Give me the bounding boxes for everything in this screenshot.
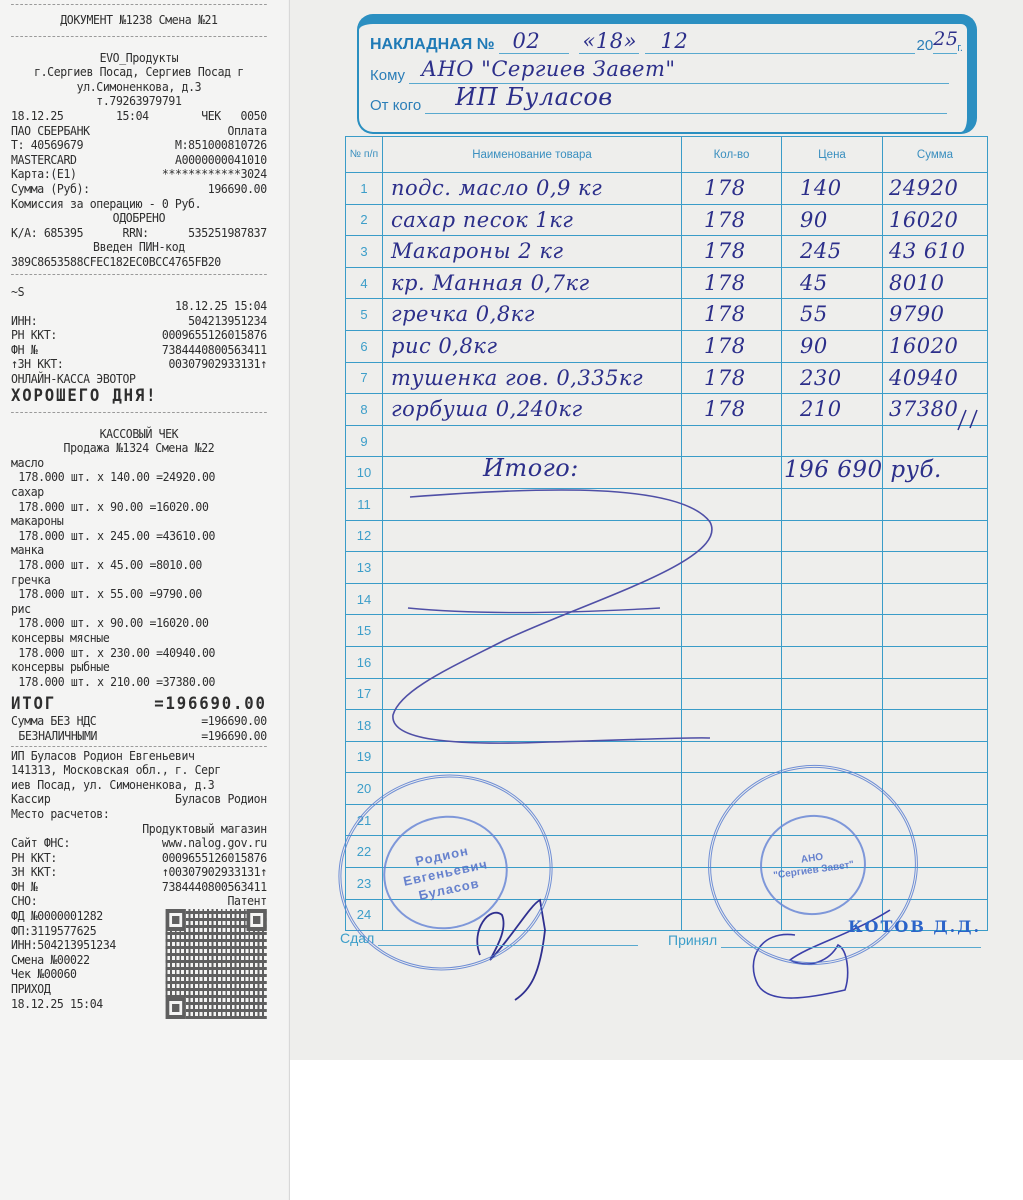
- footer-row: СНО:Патент: [11, 894, 267, 909]
- item-name: рис: [11, 602, 267, 617]
- fiscal-details: ФД №0000001282 ФП:3119577625 ИНН:5042139…: [11, 909, 116, 1011]
- fiscal-row: ↑ЗН ККТ:00307902933131↑: [11, 357, 267, 372]
- value: 7384440800563411: [162, 880, 267, 895]
- qr-finder: [166, 997, 186, 1019]
- label: Сайт ФНС:: [11, 836, 70, 851]
- qr-finder: [166, 909, 186, 931]
- store-phone: т.79263979791: [11, 94, 267, 109]
- label: ↑ЗН ККТ:: [11, 357, 63, 372]
- separator: [11, 274, 267, 275]
- item-name: макароны: [11, 514, 267, 529]
- label: ИНН:: [11, 314, 37, 329]
- separator: [11, 4, 267, 5]
- sale-line: Продажа №1324 Смена №22: [11, 441, 267, 456]
- value: 0009655126015876: [162, 328, 267, 343]
- store-address-2: ул.Симоненкова, д.3: [11, 80, 267, 95]
- card-number: ************3024: [162, 167, 267, 182]
- receipt-item: гречка178.000 шт. x 55.00 =9790.00: [11, 573, 267, 602]
- cash-receipt: ДОКУМЕНТ №1238 Смена №21 EVO_Продукты г.…: [0, 0, 290, 1200]
- check-label: ЧЕК: [201, 108, 221, 123]
- item-line: 178.000 шт. x 245.00 =43610.00: [11, 529, 267, 544]
- receipt-title: КАССОВЫЙ ЧЕК: [11, 427, 267, 442]
- terminal-row: Т: 40569679 М:851000810726: [11, 138, 267, 153]
- seller-address-1: 141313, Московская обл., г. Серг: [11, 763, 267, 778]
- handed-over-row: Сдал: [340, 930, 638, 946]
- datetime: 18.12.25 15:04: [11, 997, 116, 1012]
- item-name: манка: [11, 543, 267, 558]
- label: ФН №: [11, 880, 37, 895]
- card-type-row: MASTERCARD A0000000041010: [11, 153, 267, 168]
- qr-finder: [247, 909, 267, 931]
- label: БЕЗНАЛИЧНЫМИ: [11, 729, 97, 744]
- sum-row: Сумма (Руб): 196690.00: [11, 182, 267, 197]
- inn: ИНН:504213951234: [11, 938, 116, 953]
- item-name: консервы рыбные: [11, 660, 267, 675]
- item-name: сахар: [11, 485, 267, 500]
- label: Сумма БЕЗ НДС: [11, 714, 96, 729]
- no-vat-row: Сумма БЕЗ НДС=196690.00: [11, 714, 267, 729]
- seller-address-2: иев Посад, ул. Симоненкова, д.3: [11, 778, 267, 793]
- item-line: 178.000 шт. x 55.00 =9790.00: [11, 587, 267, 602]
- receipt-item: рис178.000 шт. x 90.00 =16020.00: [11, 602, 267, 631]
- label: СНО:: [11, 894, 37, 909]
- value: 00307902933131↑: [168, 357, 266, 372]
- stamp-inner: АНО "Сергиев Завет": [753, 808, 872, 923]
- seller-name: ИП Буласов Родион Евгеньевич: [11, 749, 267, 764]
- date: 18.12.25: [11, 109, 63, 124]
- value: =196690.00: [201, 729, 267, 744]
- label: ФН №: [11, 343, 37, 358]
- label: РН ККТ:: [11, 328, 57, 343]
- invoice-form: НАКЛАДНАЯ № 02 «18» 12 20 25 г. Кому АНО…: [290, 0, 1023, 1060]
- item-name: масло: [11, 456, 267, 471]
- value: Буласов Родион: [175, 792, 267, 807]
- terminal-id: Т: 40569679: [11, 138, 83, 153]
- fiscal-row: ИНН:504213951234: [11, 314, 267, 329]
- item-name: консервы мясные: [11, 631, 267, 646]
- rrn-label: RRN:: [123, 226, 149, 241]
- transaction-hash: 389C8653588CFEC182EC0BCC4765FB20: [11, 255, 267, 270]
- value: Патент: [227, 894, 266, 909]
- item-line: 178.000 шт. x 90.00 =16020.00: [11, 500, 267, 515]
- cashless-row: БЕЗНАЛИЧНЫМИ=196690.00: [11, 729, 267, 744]
- check-number: Чек №00060: [11, 967, 116, 982]
- card-label: Карта:(E1): [11, 167, 77, 182]
- received-label: Принял: [668, 932, 717, 948]
- footer-row: ФН №7384440800563411: [11, 880, 267, 895]
- store-address-1: г.Сергиев Посад, Сергиев Посад г: [11, 65, 267, 80]
- operation-type: ПРИХОД: [11, 982, 116, 997]
- fp-number: ФП:3119577625: [11, 924, 116, 939]
- item-line: 178.000 шт. x 230.00 =40940.00: [11, 646, 267, 661]
- store-name: EVO_Продукты: [11, 51, 267, 66]
- rrn-value: 535251987837: [188, 226, 267, 241]
- item-line: 178.000 шт. x 210.00 =37380.00: [11, 675, 267, 690]
- receipt-item: масло178.000 шт. x 140.00 =24920.00: [11, 456, 267, 485]
- value: 504213951234: [188, 314, 267, 329]
- value: 7384440800563411: [162, 343, 267, 358]
- label: ЗН ККТ:: [11, 865, 57, 880]
- item-line: 178.000 шт. x 140.00 =24920.00: [11, 470, 267, 485]
- time: 15:04: [116, 109, 149, 124]
- auth-row: К/А: 685395 RRN: 535251987837: [11, 226, 267, 241]
- receipt-item: консервы мясные178.000 шт. x 230.00 =409…: [11, 631, 267, 660]
- footer-row: Сайт ФНС:www.nalog.gov.ru: [11, 836, 267, 851]
- card-aid: A0000000041010: [175, 153, 267, 168]
- pin-entered: Введен ПИН-код: [11, 240, 267, 255]
- item-name: гречка: [11, 573, 267, 588]
- receipt-bottom: ФД №0000001282 ФП:3119577625 ИНН:5042139…: [11, 909, 267, 1019]
- card-type: MASTERCARD: [11, 153, 77, 168]
- item-line: 178.000 шт. x 90.00 =16020.00: [11, 616, 267, 631]
- qr-code-icon[interactable]: [166, 909, 267, 1019]
- stamp-inner: Родион Евгеньевич Буласов: [372, 804, 518, 941]
- receipt-item: манка178.000 шт. x 45.00 =8010.00: [11, 543, 267, 572]
- place-value: Продуктовый магазин: [11, 822, 267, 837]
- separator: [11, 746, 267, 747]
- separator: [11, 412, 267, 413]
- tilde-s: ~S: [11, 285, 267, 300]
- cashier-row: КассирБуласов Родион: [11, 792, 267, 807]
- fiscal-row: РН ККТ:0009655126015876: [11, 328, 267, 343]
- label: Кассир: [11, 792, 50, 807]
- fiscal-datetime: 18.12.25 15:04: [11, 299, 267, 314]
- good-day-message: ХОРОШЕГО ДНЯ!: [11, 387, 267, 406]
- handed-over-signature-field[interactable]: [378, 930, 638, 946]
- bank-row: ПАО СБЕРБАНК Оплата: [11, 124, 267, 139]
- operation-type: Оплата: [227, 124, 266, 139]
- kassa-name: ОНЛАЙН-КАССА ЭВОТОР: [11, 372, 267, 387]
- bank-name: ПАО СБЕРБАНК: [11, 124, 90, 139]
- value: =196690.00: [201, 714, 267, 729]
- document-line: ДОКУМЕНТ №1238 Смена №21: [11, 13, 267, 28]
- total-label: ИТОГ: [11, 695, 56, 714]
- value: 0009655126015876: [162, 851, 267, 866]
- place-label: Место расчетов:: [11, 807, 267, 822]
- fd-number: ФД №0000001282: [11, 909, 116, 924]
- total-row: ИТОГ =196690.00: [11, 695, 267, 714]
- commission: Комиссия за операцию - 0 Руб.: [11, 197, 267, 212]
- item-line: 178.000 шт. x 45.00 =8010.00: [11, 558, 267, 573]
- auth-code: К/А: 685395: [11, 226, 83, 241]
- card-row: Карта:(E1) ************3024: [11, 167, 267, 182]
- approved-status: ОДОБРЕНО: [11, 211, 267, 226]
- shift-number: Смена №00022: [11, 953, 116, 968]
- receipt-item: макароны178.000 шт. x 245.00 =43610.00: [11, 514, 267, 543]
- receipt-item: сахар178.000 шт. x 90.00 =16020.00: [11, 485, 267, 514]
- fiscal-row: ФН №7384440800563411: [11, 343, 267, 358]
- sum-label: Сумма (Руб):: [11, 182, 90, 197]
- sum-value: 196690.00: [208, 182, 267, 197]
- receipt-items: масло178.000 шт. x 140.00 =24920.00 саха…: [11, 456, 267, 690]
- footer-row: РН ККТ:0009655126015876: [11, 851, 267, 866]
- total-value: =196690.00: [154, 695, 267, 714]
- fns-website-link[interactable]: www.nalog.gov.ru: [162, 836, 267, 851]
- receipt-item: консервы рыбные178.000 шт. x 210.00 =373…: [11, 660, 267, 689]
- receiver-name-stamp: КОТОВ Д.Д.: [848, 917, 981, 936]
- merchant-id: М:851000810726: [175, 138, 267, 153]
- label: РН ККТ:: [11, 851, 57, 866]
- value: ↑00307902933131↑: [162, 865, 267, 880]
- handed-over-label: Сдал: [340, 930, 374, 946]
- footer-row: ЗН ККТ:↑00307902933131↑: [11, 865, 267, 880]
- datetime-row: 18.12.25 15:04 ЧЕК 0050: [11, 109, 267, 124]
- check-number: 0050: [241, 108, 267, 123]
- blank-area: [290, 1060, 1023, 1200]
- separator: [11, 36, 267, 37]
